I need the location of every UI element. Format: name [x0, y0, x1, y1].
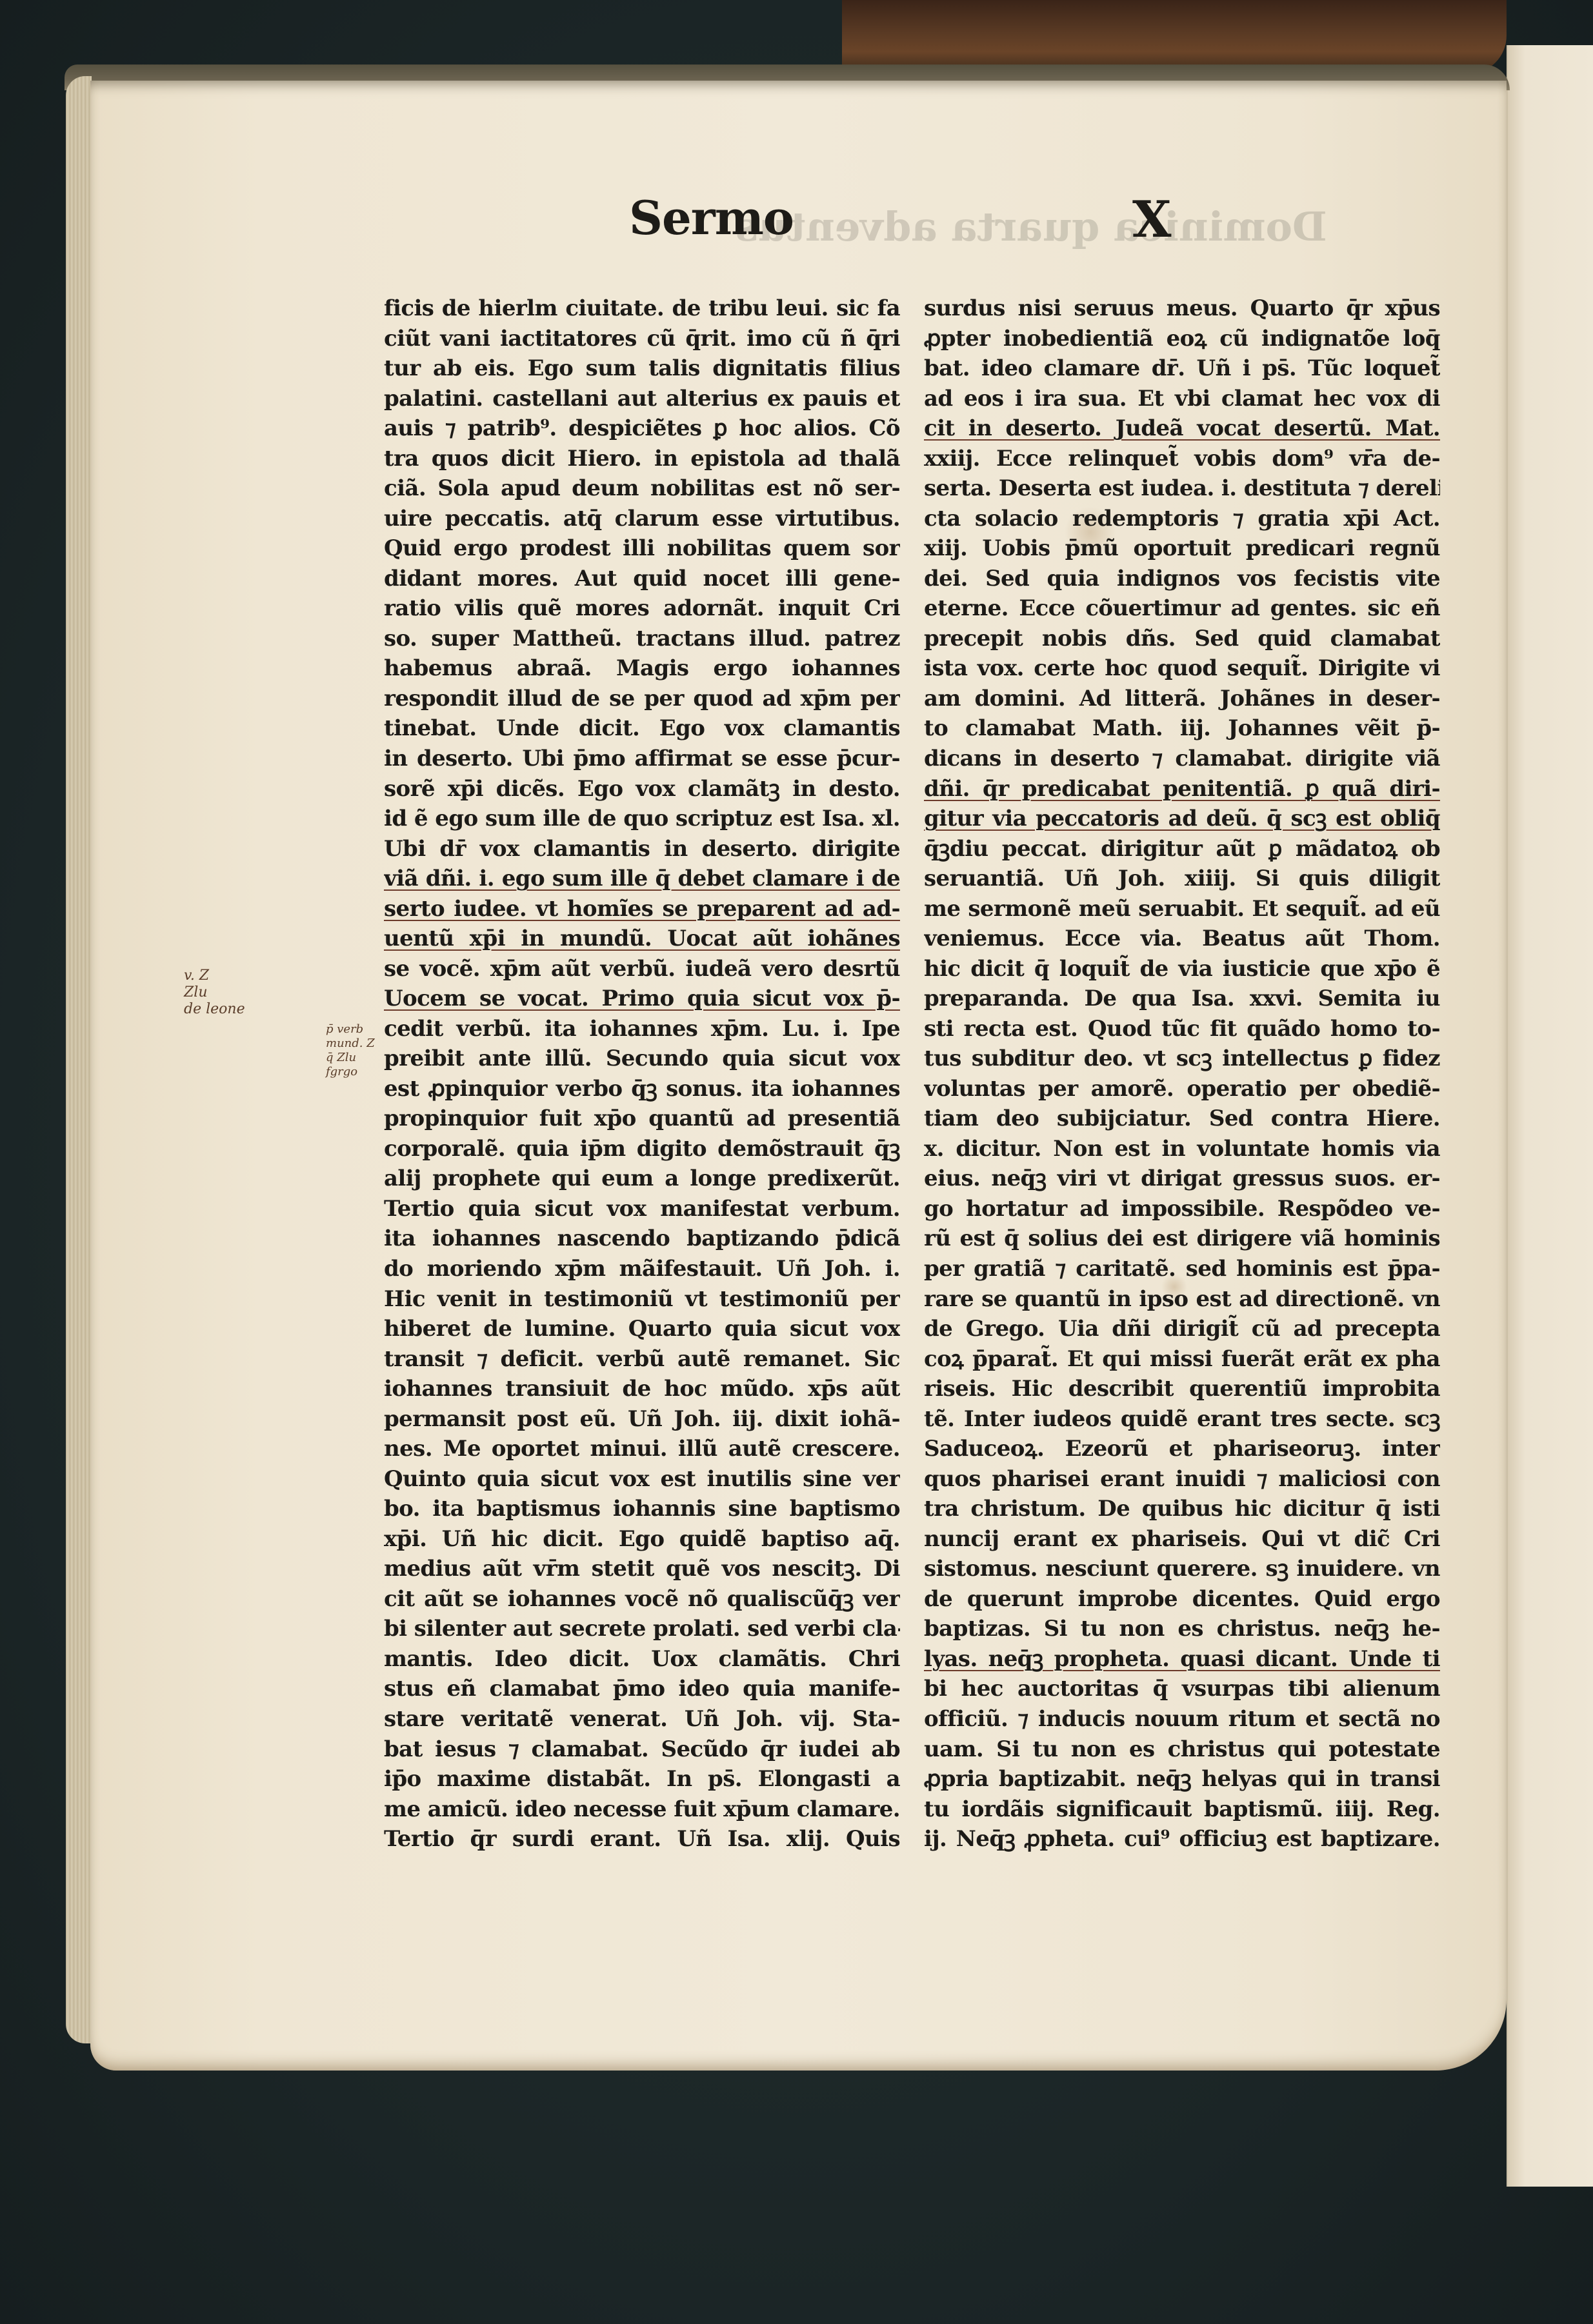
text-line: mantis. Ideo dicit. Uox clamãtis. Chri [384, 1644, 900, 1674]
text-line: sorẽ xp̄i dicẽs. Ego vox clamãtꝫ in dest… [384, 774, 900, 804]
text-line: q̄ꝫdiu peccat. dirigitur aũt ꝑ mãdatoꝝ o… [924, 834, 1440, 864]
text-line: eius. neq̄ꝫ viri vt dirigat gressus suos… [924, 1164, 1440, 1194]
text-line: tiam deo subijciatur. Sed contra Hiere. [924, 1104, 1440, 1134]
marginal-note-line: Zlu [184, 984, 245, 1001]
text-line: propinquior fuit xp̄o quantũ ad presenti… [384, 1104, 900, 1134]
text-line: respondit illud de se per quod ad xp̄m p… [384, 684, 900, 714]
text-line: ficis de hierlm ciuitate. de tribu leui.… [384, 293, 900, 324]
text-line: ip̄o maxime distabãt. In ps̄. Elongasti … [384, 1764, 900, 1794]
text-line: Hic venit in testimoniũ vt testimoniũ pe… [384, 1284, 900, 1315]
text-line: Quinto quia sicut vox est inutilis sine … [384, 1464, 900, 1495]
text-line: uam. Si tu non es christus qui potestate [924, 1734, 1440, 1765]
text-line: Tertio quia sicut vox manifestat verbum. [384, 1194, 900, 1224]
text-line: surdus nisi seruus meus. Quarto q̄r xp̄u… [924, 293, 1440, 324]
text-line: hic dicit q̄ loquit̃ de via iusticie que… [924, 954, 1440, 984]
text-line: ita iohannes nascendo baptizando p̄dicã [384, 1224, 900, 1254]
text-line: preibit ante illũ. Secundo quia sicut vo… [384, 1044, 900, 1074]
text-line: de querunt improbe dicentes. Quid ergo [924, 1584, 1440, 1614]
text-line: am domini. Ad litterã. Johãnes in deser- [924, 684, 1440, 714]
text-line: Ubi dr̄ vox clamantis in deserto. dirigi… [384, 834, 900, 864]
text-line: ꝓpter inobedientiã eoꝝ cũ indignatõe loq… [924, 324, 1440, 354]
text-line: tus subditur deo. vt scꝫ intellectus ꝑ f… [924, 1044, 1440, 1074]
marginal-note-line: fgrgo [326, 1065, 375, 1079]
text-line: Saduceoꝝ. Ezeorũ et phariseoruꝫ. inter [924, 1434, 1440, 1464]
text-line: veniemus. Ecce via. Beatus aũt Thom. [924, 924, 1440, 954]
text-line: ꝓpria baptizabit. neq̄ꝫ helyas qui in tr… [924, 1764, 1440, 1794]
text-line: baptizas. Si tu non es christus. neq̄ꝫ h… [924, 1614, 1440, 1644]
facing-page-edge [1507, 45, 1593, 2187]
text-line: iohannes transiuit de hoc mũdo. xp̄s aũt [384, 1374, 900, 1404]
text-line: medius aũt vr̄m stetit quẽ vos nescitꝫ. … [384, 1554, 900, 1584]
text-line: stare veritatẽ venerat. Uñ Joh. vij. Sta… [384, 1704, 900, 1734]
text-line: voluntas per amorẽ. operatio per obediẽ- [924, 1074, 1440, 1104]
text-line: rare se quantũ in ipso est ad directionẽ… [924, 1284, 1440, 1315]
text-line: de Grego. Uia dñi dirigit̃ cũ ad precept… [924, 1314, 1440, 1344]
text-line: Tertio q̄r surdi erant. Uñ Isa. xlij. Qu… [384, 1824, 900, 1854]
text-line: dicans in deserto ⁊ clamabat. dirigite v… [924, 744, 1440, 774]
text-line: auis ⁊ patrib⁹. despiciẽtes ꝑ hoc alios.… [384, 413, 900, 444]
text-line: nuncij erant ex phariseis. Qui vt dic̃ C… [924, 1524, 1440, 1554]
text-line: precepit nobis dñs. Sed quid clamabat [924, 624, 1440, 654]
text-line: xiij. Uobis p̄mũ oportuit predicari regn… [924, 533, 1440, 564]
text-line: me amicũ. ideo necesse fuit xp̄um clamar… [384, 1794, 900, 1825]
text-line: permansit post eũ. Uñ Joh. iij. dixit io… [384, 1404, 900, 1435]
text-line: est ꝓpinquior verbo q̄ꝫ sonus. ita iohan… [384, 1074, 900, 1104]
show-through-text: Dominica quarta adventus [736, 203, 1327, 250]
text-line: in deserto. Ubi p̄mo affirmat se esse p̄… [384, 744, 900, 774]
text-line: transit ⁊ deficit. verbũ autẽ remanet. S… [384, 1344, 900, 1375]
text-line: tẽ. Inter iudeos quidẽ erant tres secte.… [924, 1404, 1440, 1435]
text-line: lyas. neq̄ꝫ propheta. quasi dicant. Unde… [924, 1644, 1440, 1674]
text-line: xxiij. Ecce relinquet̃ vobis dom⁹ vr̄a d… [924, 444, 1440, 474]
text-line: x. dicitur. Non est in voluntate homis v… [924, 1134, 1440, 1164]
text-line: cedit verbũ. ita iohannes xp̄m. Lu. i. I… [384, 1014, 900, 1044]
page-stack-left-edge [66, 76, 92, 2043]
text-column-right: surdus nisi seruus meus. Quarto q̄r xp̄u… [924, 293, 1440, 1854]
text-line: per gratiã ⁊ caritatẽ. sed hominis est p… [924, 1254, 1440, 1284]
text-line: officiũ. ⁊ inducis nouum ritum et sectã … [924, 1704, 1440, 1734]
text-line: coꝝ p̄parat̃. Et qui missi fuerãt erãt e… [924, 1344, 1440, 1375]
text-line: ad eos i ira sua. Et vbi clamat hec vox … [924, 384, 1440, 414]
text-line: se vocẽ. xp̄m aũt verbũ. iudeã vero desr… [384, 954, 900, 984]
text-line: bo. ita baptismus iohannis sine baptismo [384, 1494, 900, 1524]
text-line: stus eñ clamabat p̄mo ideo quia manife- [384, 1674, 900, 1704]
text-line: hiberet de lumine. Quarto quia sicut vox [384, 1314, 900, 1344]
text-line: ista vox. certe hoc quod sequit̃. Dirigi… [924, 653, 1440, 684]
text-line: preparanda. De qua Isa. xxvi. Semita iu [924, 984, 1440, 1014]
text-line: me sermonẽ meũ seruabit. Et sequit̃. ad … [924, 894, 1440, 924]
text-column-left: ficis de hierlm ciuitate. de tribu leui.… [384, 293, 900, 1854]
text-line: tinebat. Unde dicit. Ego vox clamantis [384, 713, 900, 744]
text-line: viã dñi. i. ego sum ille q̄ debet clamar… [384, 864, 900, 894]
text-line: dñi. q̄r predicabat penitentiã. ꝑ quã di… [924, 774, 1440, 804]
text-line: gitur via peccatoris ad deũ. q̄ scꝫ est … [924, 804, 1440, 834]
text-line: didant mores. Aut quid nocet illi gene- [384, 564, 900, 594]
text-line: bi silenter aut secrete prolati. sed ver… [384, 1614, 900, 1644]
text-line: sistomus. nesciunt querere. sꝫ inuidere.… [924, 1554, 1440, 1584]
text-line: dei. Sed quia indignos vos fecistis vite [924, 564, 1440, 594]
text-line: tra quos dicit Hiero. in epistola ad tha… [384, 444, 900, 474]
text-line: serta. Deserta est iudea. i. destituta ⁊… [924, 473, 1440, 504]
text-line: ciã. Sola apud deum nobilitas est nõ ser… [384, 473, 900, 504]
text-line: cta solacio redemptoris ⁊ gratia xp̄i Ac… [924, 504, 1440, 534]
text-line: palatini. castellani aut alterius ex pau… [384, 384, 900, 414]
text-line: eterne. Ecce cõuertimur ad gentes. sic e… [924, 593, 1440, 624]
marginal-note-line: v. Z [184, 968, 245, 984]
text-line: bat. ideo clamare dr̄. Uñ i ps̄. Tũc loq… [924, 353, 1440, 384]
text-line: id ẽ ego sum ille de quo scriptuz est Is… [384, 804, 900, 834]
text-line: tu iordãis significauit baptismũ. iiij. … [924, 1794, 1440, 1825]
text-line: quos pharisei erant inuidi ⁊ maliciosi c… [924, 1464, 1440, 1495]
text-line: ij. Neq̄ꝫ ꝓpheta. cui⁹ officiuꝫ est bapt… [924, 1824, 1440, 1854]
text-line: bat iesus ⁊ clamabat. Secũdo q̄r iudei a… [384, 1734, 900, 1765]
text-line: Quid ergo prodest illi nobilitas quem so… [384, 533, 900, 564]
marginal-note-line: mund. Z [326, 1037, 375, 1051]
marginal-note-line: q̄ Zlu [326, 1051, 375, 1065]
text-line: uire peccatis. atq̄ clarum esse virtutib… [384, 504, 900, 534]
text-line: Uocem se vocat. Primo quia sicut vox p̄- [384, 984, 900, 1014]
text-line: habemus abraã. Magis ergo iohannes [384, 653, 900, 684]
text-line: tur ab eis. Ego sum talis dignitatis fil… [384, 353, 900, 384]
text-line: xp̄i. Uñ hic dicit. Ego quidẽ baptiso aq… [384, 1524, 900, 1554]
running-head-title: Sermo [629, 190, 794, 245]
text-line: to clamabat Math. iij. Johannes vẽit p̄- [924, 713, 1440, 744]
text-line: alij prophete qui eum a longe predixerũt… [384, 1164, 900, 1194]
running-head: Dominica quarta adventus Sermo X [0, 187, 1593, 264]
text-line: riseis. Hic describit querentiũ improbit… [924, 1374, 1440, 1404]
text-line: seruantiã. Uñ Joh. xiiij. Si quis diligi… [924, 864, 1440, 894]
text-line: so. super Mattheũ. tractans illud. patre… [384, 624, 900, 654]
text-line: nes. Me oportet minui. illũ autẽ crescer… [384, 1434, 900, 1464]
text-line: bi hec auctoritas q̄ vsurpas tibi alienu… [924, 1674, 1440, 1704]
text-line: cit in deserto. Judeã vocat desertũ. Mat… [924, 413, 1440, 444]
text-line: corporalẽ. quia ip̄m digito demõstrauit … [384, 1134, 900, 1164]
text-line: ratio vilis quẽ mores adornãt. inquit Cr… [384, 593, 900, 624]
handwritten-marginal-note-inner: p̄ verbmund. Zq̄ Zlufgrgo [326, 1022, 375, 1079]
marginal-note-line: de leone [184, 1001, 245, 1018]
book-binding [842, 0, 1507, 74]
text-line: sti recta est. Quod tũc fit quãdo homo t… [924, 1014, 1440, 1044]
text-line: do moriendo xp̄m mãifestauit. Uñ Joh. i. [384, 1254, 900, 1284]
handwritten-marginal-note: v. ZZlude leone [184, 968, 245, 1018]
text-line: rũ est q̄ solius dei est dirigere viã ho… [924, 1224, 1440, 1254]
sermon-number: X [1132, 190, 1172, 249]
marginal-note-line: p̄ verb [326, 1022, 375, 1037]
text-line: go hortatur ad impossibile. Respõdeo ve- [924, 1194, 1440, 1224]
text-line: cit aũt se iohannes vocẽ nõ qualiscũq̄ꝫ … [384, 1584, 900, 1614]
text-line: serto iudee. vt homĩes se preparent ad a… [384, 894, 900, 924]
text-line: ciũt vani iactitatores cũ q̄rit. imo cũ … [384, 324, 900, 354]
text-line: uentũ xp̄i in mundũ. Uocat aũt iohãnes [384, 924, 900, 954]
text-line: tra christum. De quibus hic dicitur q̄ i… [924, 1494, 1440, 1524]
